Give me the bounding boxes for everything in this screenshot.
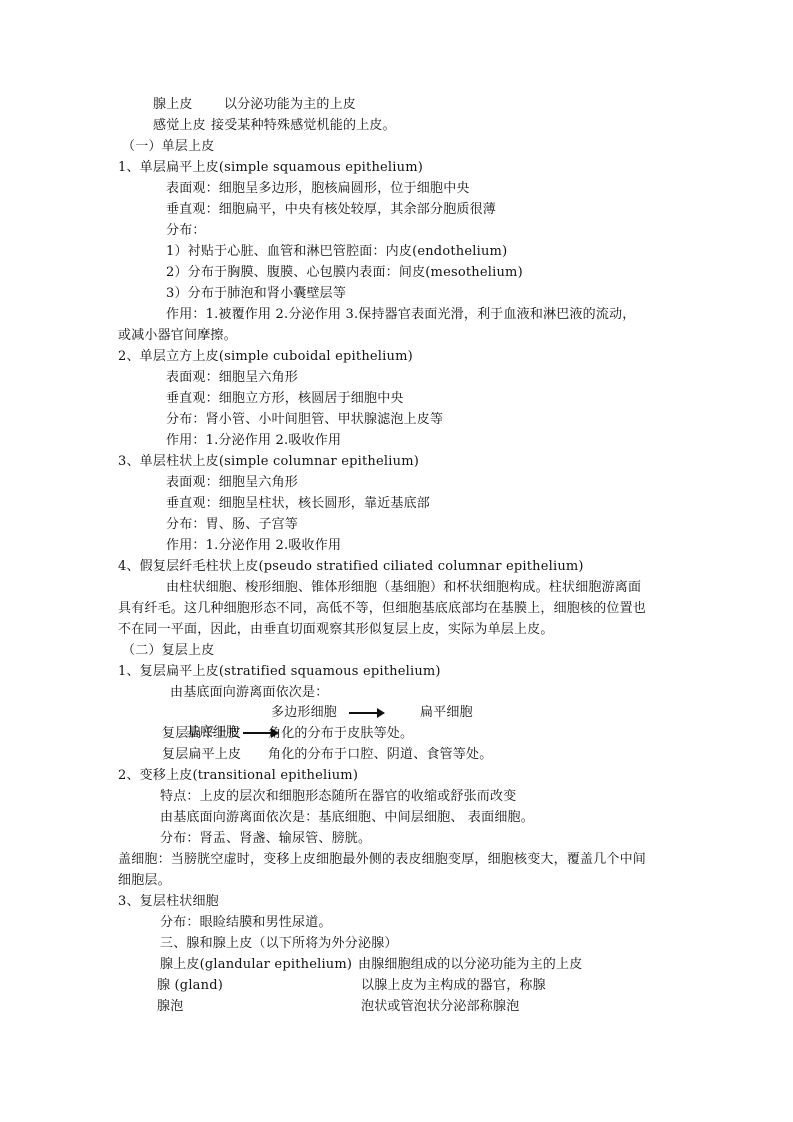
term-acinus: 腺泡 — [157, 997, 183, 1017]
arrow-wrap — [345, 703, 387, 723]
text-line: 分布：肾盂、肾盏、输尿管、膀胱。 — [160, 829, 371, 849]
text-line: 垂直观：细胞呈柱状，核长圆形，靠近基底部 — [166, 494, 430, 514]
text-line: 特点：上皮的层次和细胞形态随所在器官的收缩或舒张而改变 — [160, 787, 516, 807]
term-glandular-epithelium-2: 腺上皮(glandular epithelium) — [160, 955, 352, 975]
heading-simple-epithelium: （一）单层上皮 — [122, 137, 214, 157]
def-gland: 以腺上皮为主构成的器官，称腺 — [361, 976, 546, 996]
section-title-stratified-columnar: 3、复层柱状细胞 — [118, 892, 219, 912]
term-glandular-epithelium: 腺上皮 — [153, 95, 193, 115]
section-title-transitional: 2、变移上皮(transitional epithelium) — [118, 766, 358, 786]
text-line: 表面观：细胞呈六角形 — [166, 368, 298, 388]
text-line: 表面观：细胞呈六角形 — [166, 473, 298, 493]
list-item: 1）衬贴于心脏、血管和淋巴管腔面：内皮(endothelium) — [166, 242, 507, 262]
text-line: 复层扁平上皮 — [162, 745, 241, 765]
text-line: 复层扁平上皮 — [162, 724, 241, 744]
def-acinus: 泡状或管泡状分泌部称腺泡 — [361, 997, 519, 1017]
cell-squamous: 扁平细胞 — [420, 703, 473, 723]
text-line: 作用：1.被覆作用 2.分泌作用 3.保持器官表面光滑，利于血液和淋巴液的流动， — [166, 305, 635, 325]
text-line: 分布：胃、肠、子宫等 — [166, 515, 298, 535]
list-item: 3）分布于肺泡和肾小囊壁层等 — [166, 284, 346, 304]
paragraph-line: 细胞层。 — [118, 871, 171, 891]
paragraph-line: 不在同一平面，因此，由垂直切面观察其形似复层上皮，实际为单层上皮。 — [118, 620, 554, 640]
text-line: 作用：1.分泌作用 2.吸收作用 — [166, 431, 341, 451]
heading-stratified-epithelium: （二）复层上皮 — [122, 641, 214, 661]
arrow-right-icon — [349, 712, 383, 714]
cell-polygonal: 多边形细胞 — [271, 703, 337, 723]
text-line: 垂直观：细胞扁平，中央有核处较厚，其余部分胞质很薄 — [166, 200, 496, 220]
section-title-stratified-squamous: 1、复层扁平上皮(stratified squamous epithelium) — [118, 662, 441, 682]
text-line: 分布：眼睑结膜和男性尿道。 — [160, 913, 332, 933]
section-title-simple-cuboidal: 2、单层立方上皮(simple cuboidal epithelium) — [118, 347, 413, 367]
section-title-simple-columnar: 3、单层柱状上皮(simple columnar epithelium) — [118, 452, 419, 472]
text-line: 分布：肾小管、小叶间胆管、甲状腺滤泡上皮等 — [166, 410, 443, 430]
section-title-pseudostratified: 4、假复层纤毛柱状上皮(pseudo stratified ciliated c… — [118, 557, 584, 577]
text-line: 或减小器官间摩擦。 — [118, 326, 237, 346]
def-sensory-epithelium: 接受某种特殊感觉机能的上皮。 — [211, 116, 396, 136]
list-item: 2）分布于胸膜、腹膜、心包膜内表面：间皮(mesothelium) — [166, 263, 523, 283]
text-line: 垂直观：细胞立方形，核圆居于细胞中央 — [166, 389, 404, 409]
text-line: 作用：1.分泌作用 2.吸收作用 — [166, 536, 341, 556]
term-sensory-epithelium: 感觉上皮 — [153, 116, 206, 136]
paragraph-line: 盖细胞：当膀胱空虚时，变移上皮细胞最外侧的表皮细胞变厚，细胞核变大，覆盖几个中间 — [118, 850, 646, 870]
text-line: 角化的分布于皮肤等处。 — [268, 724, 413, 744]
def-glandular-epithelium: 以分泌功能为主的上皮 — [224, 95, 356, 115]
document-page: 腺上皮 以分泌功能为主的上皮 感觉上皮 接受某种特殊感觉机能的上皮。 （一）单层… — [0, 0, 793, 1122]
text-line: 角化的分布于口腔、阴道、食管等处。 — [268, 745, 492, 765]
text-line: 由基底面向游离面依次是：基底细胞、中间层细胞、 表面细胞。 — [160, 808, 534, 828]
def-glandular-epithelium-2: 由腺细胞组成的以分泌功能为主的上皮 — [358, 955, 582, 975]
paragraph-line: 由柱状细胞、梭形细胞、锥体形细胞（基细胞）和杯状细胞构成。柱状细胞游离面 — [166, 578, 641, 598]
text-line: 由基底面向游离面依次是： — [170, 683, 328, 703]
text-line: 表面观：细胞呈多边形，胞核扁圆形，位于细胞中央 — [166, 179, 470, 199]
term-gland: 腺 (gland) — [157, 976, 223, 996]
paragraph-line: 具有纤毛。这几种细胞形态不同，高低不等，但细胞基底底部均在基膜上，细胞核的位置也 — [118, 599, 646, 619]
text-line: 分布： — [166, 221, 206, 241]
heading-glands: 三、腺和腺上皮（以下所将为外分泌腺） — [160, 934, 398, 954]
section-title-simple-squamous: 1、单层扁平上皮(simple squamous epithelium) — [118, 158, 423, 178]
